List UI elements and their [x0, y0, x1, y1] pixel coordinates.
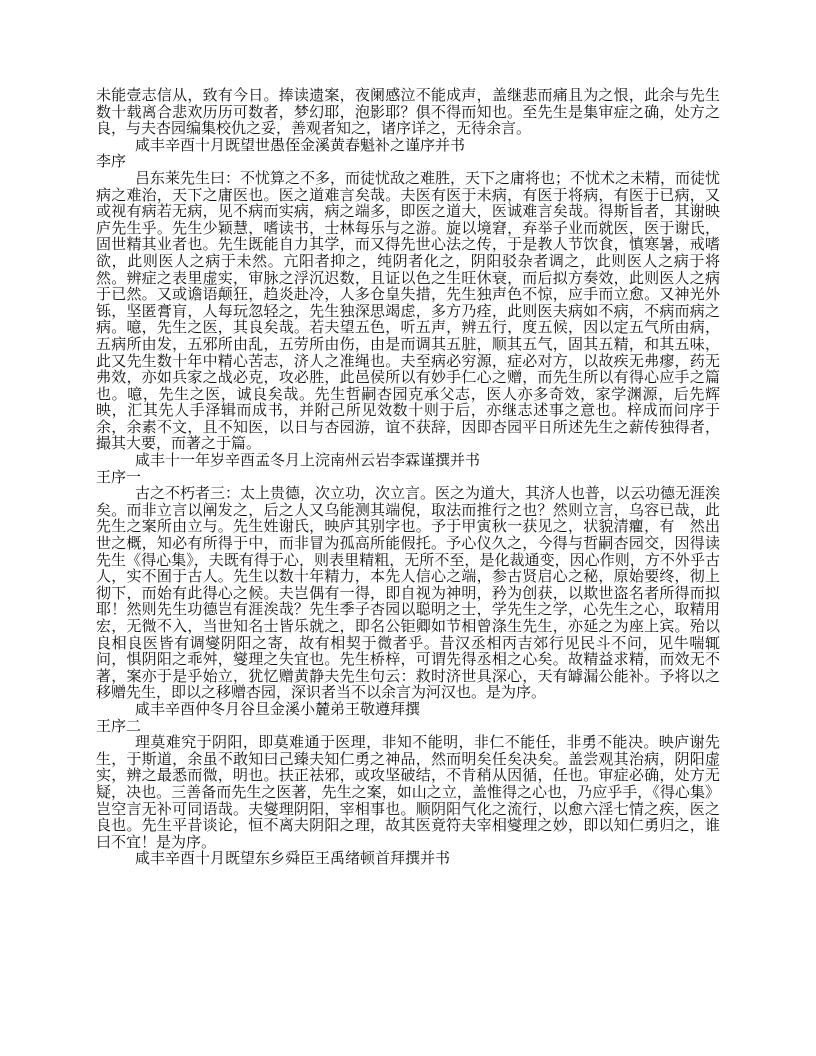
byline-wang-yuxu: 咸丰辛酉十月既望东乡舜臣王禹绪顿首拜撰并书	[96, 851, 720, 868]
heading-li-preface: 李序	[96, 154, 720, 171]
byline-wang-jingzun: 咸丰辛酉仲冬月谷旦金溪小麓弟王敬遵拜撰	[96, 702, 720, 719]
li-preface-paragraph: 吕东莱先生曰：不忧算之不多，而徒忧敌之难胜，天下之庸将也；不忧术之未精，而徒忧病…	[96, 171, 720, 453]
heading-wang-preface-two: 王序二	[96, 719, 720, 736]
heading-wang-preface-one: 王序一	[96, 470, 720, 487]
byline-huang-chunkui: 咸丰辛酉十月既望世愚侄金溪黄春魁补之谨序并书	[96, 138, 720, 155]
wang-preface-two-paragraph: 理莫难究于阴阳，即莫难通于医理，非知不能明，非仁不能任，非勇不能决。映庐谢先生，…	[96, 735, 720, 851]
wang-preface-one-paragraph: 古之不朽者三：太上贵德，次立功，次立言。医之为道大，其济人也普，以云功德无涯涘矣…	[96, 486, 720, 702]
preface-continuation-paragraph: 未能壹志信从，致有今日。捧读遗案，夜阑感泣不能成声，盖继悲而痛且为之恨，此余与先…	[96, 88, 720, 138]
byline-li-lin: 咸丰十一年岁辛酉孟冬月上浣南州云岩李霖谨撰并书	[96, 453, 720, 470]
document-page: 未能壹志信从，致有今日。捧读遗案，夜阑感泣不能成声，盖继悲而痛且为之恨，此余与先…	[0, 0, 816, 1056]
